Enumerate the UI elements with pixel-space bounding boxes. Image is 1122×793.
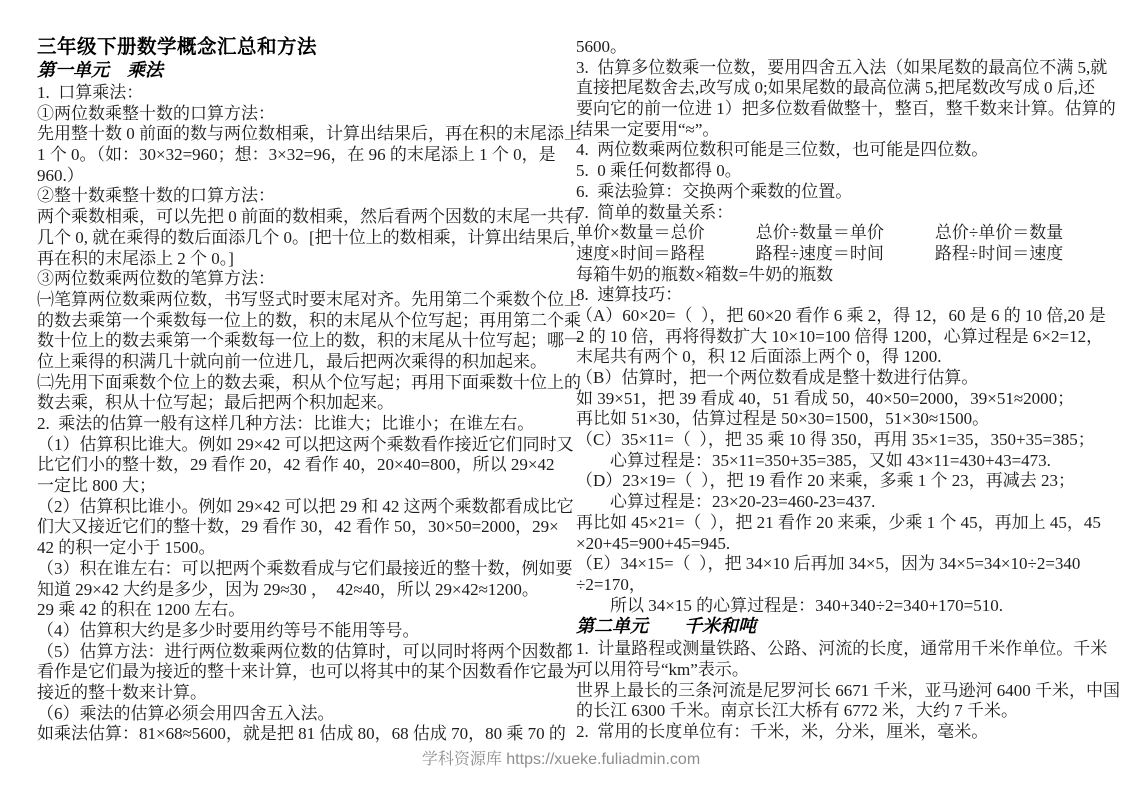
text-line: 1. 口算乘法： (37, 83, 557, 104)
text-line: （3）积在谁左右：可以把两个乘数看成与它们最接近的整十数，例如要 (37, 559, 557, 580)
text-line: 直接把尾数舍去,改写成 0;如果尾数的最高位满 5,把尾数改写成 0 后,还 (576, 78, 1096, 99)
text-line: （1）估算积比谁大。例如 29×42 可以把这两个乘数看作接近它们同时又 (37, 435, 557, 456)
text-line: 4. 两位数乘两位数积可能是三位数，也可能是四位数。 (576, 140, 1096, 161)
text-line: 42 的积一定小于 1500。 (37, 538, 557, 559)
right-column: 5600。3. 估算多位数乘一位数，要用四舍五入法（如果尾数的最高位不满 5,就… (576, 37, 1096, 743)
text-line: 5600。 (576, 37, 1096, 58)
section-heading: 第二单元 千米和吨 (576, 616, 1096, 639)
text-line: 如 39×51，把 39 看成 40，51 看成 50，40×50=2000，3… (576, 389, 1096, 410)
text-line: 再比如 45×21=（ ），把 21 看作 20 来乘，少乘 1 个 45，再加… (576, 513, 1096, 534)
text-line: 8. 速算技巧： (576, 285, 1096, 306)
text-line: 先用整十数 0 前面的数与两位数相乘，计算出结果后，再在积的末尾添上 (37, 124, 557, 145)
text-line: 要向它的前一位进 1）把多位数看做整十，整百，整千数来计算。估算的 (576, 99, 1096, 120)
text-line: 7. 简单的数量关系： (576, 203, 1096, 224)
text-line: 知道 29×42 大约是多少，因为 29≈30 ， 42≈40，所以 29×42… (37, 580, 557, 601)
text-line: 5. 0 乘任何数都得 0。 (576, 161, 1096, 182)
text-line: （B）估算时，把一个两位数看成是整十数进行估算。 (576, 368, 1096, 389)
text-line: 可以用符号“km”表示。 (576, 660, 1096, 681)
text-line: （4）估算积大约是多少时要用约等号不能用等号。 (37, 621, 557, 642)
text-line: 数十位上的数去乘第一个乘数每一位上的数，积的末尾从十位写起；哪一 (37, 331, 557, 352)
footer-watermark: 学科资源库 https://xueke.fuliadmin.com (0, 746, 1122, 769)
text-line: 心算过程是：23×20-23=460-23=437. (576, 492, 1096, 513)
text-line: 单价×数量＝总价 总价÷数量＝单价 总价÷单价＝数量 (576, 223, 1096, 244)
text-line: （C）35×11=（ ），把 35 乘 10 得 350，再用 35×1=35，… (576, 430, 1096, 451)
text-line: （D）23×19=（ ），把 19 看作 20 来乘，多乘 1 个 23，再减去… (576, 471, 1096, 492)
text-line: 末尾共有两个 0，积 12 后面添上两个 0，得 1200. (576, 347, 1096, 368)
text-line: 如乘法估算：81×68≈5600，就是把 81 估成 80，68 估成 70，8… (37, 724, 557, 745)
text-line: 数去乘，积从十位写起；最后把两个积加起来。 (37, 393, 557, 414)
text-line: 2. 乘法的估算一般有这样几种方法：比谁大；比谁小；在谁左右。 (37, 414, 557, 435)
text-line: ×20+45=900+45=945. (576, 534, 1096, 555)
text-line: 29 乘 42 的积在 1200 左右。 (37, 600, 557, 621)
text-line: 位上乘得的积满几十就向前一位进几，最后把两次乘得的积加起来。 (37, 352, 557, 373)
text-line: ÷2=170， (576, 575, 1096, 596)
text-line: （5）估算方法：进行两位数乘两位数的估算时，可以同时将两个因数都 (37, 642, 557, 663)
text-line: 3. 估算多位数乘一位数，要用四舍五入法（如果尾数的最高位不满 5,就 (576, 58, 1096, 79)
text-line: 再在积的末尾添上 2 个 0。] (37, 249, 557, 270)
text-line: 一定比 800 大； (37, 476, 557, 497)
text-line: 两个乘数相乘，可以先把 0 前面的数相乘，然后看两个因数的末尾一共有 (37, 207, 557, 228)
text-line: 2. 常用的长度单位有：千米，米，分米，厘米，毫米。 (576, 722, 1096, 743)
text-line: 6. 乘法验算：交换两个乘数的位置。 (576, 182, 1096, 203)
text-line: 2 的 10 倍，再将得数扩大 10×10=100 倍得 1200，心算过程是 … (576, 327, 1096, 348)
text-line: ②整十数乘整十数的口算方法： (37, 186, 557, 207)
left-column: 三年级下册数学概念汇总和方法第一单元 乘法1. 口算乘法：①两位数乘整十数的口算… (37, 37, 557, 745)
text-line: （2）估算积比谁小。例如 29×42 可以把 29 和 42 这两个乘数都看成比… (37, 497, 557, 518)
text-line: 们大又接近它们的整十数，29 看作 30，42 看作 50，30×50=2000… (37, 517, 557, 538)
text-line: 1. 计量路程或测量铁路、公路、河流的长度，通常用千米作单位。千米 (576, 639, 1096, 660)
text-line: ①两位数乘整十数的口算方法： (37, 104, 557, 125)
text-line: 接近的整十数来计算。 (37, 683, 557, 704)
text-line: 的长江 6300 千米。南京长江大桥有 6772 米，大约 7 千米。 (576, 701, 1096, 722)
text-line: ③两位数乘两位数的笔算方法： (37, 269, 557, 290)
text-line: 1 个 0。（如：30×32=960；想：3×32=96，在 96 的末尾添上 … (37, 145, 557, 166)
doc-title: 三年级下册数学概念汇总和方法 (37, 37, 557, 60)
text-line: 几个 0, 就在乘得的数后面添几个 0。[把十位上的数相乘，计算出结果后， (37, 228, 557, 249)
document-page: 三年级下册数学概念汇总和方法第一单元 乘法1. 口算乘法：①两位数乘整十数的口算… (0, 0, 1122, 793)
text-line: 再比如 51×30，估算过程是 50×30=1500，51×30≈1500。 (576, 409, 1096, 430)
text-line: 看作是它们最为接近的整十来计算，也可以将其中的某个因数看作它最为 (37, 662, 557, 683)
text-line: ㈠笔算两位数乘两位数，书写竖式时要末尾对齐。先用第二个乘数个位上 (37, 290, 557, 311)
text-line: 结果一定要用“≈”。 (576, 120, 1096, 141)
text-line: 世界上最长的三条河流是尼罗河长 6671 千米，亚马逊河 6400 千米，中国 (576, 681, 1096, 702)
text-line: 比它们小的整十数，29 看作 20，42 看作 40，20×40=800，所以 … (37, 455, 557, 476)
text-line: 速度×时间＝路程 路程÷速度＝时间 路程÷时间＝速度 (576, 244, 1096, 265)
text-line: ㈡先用下面乘数个位上的数去乘，积从个位写起；再用下面乘数十位上的 (37, 373, 557, 394)
section-heading: 第一单元 乘法 (37, 60, 557, 83)
text-line: 所以 34×15 的心算过程是：340+340÷2=340+170=510. (576, 596, 1096, 617)
text-line: 的数去乘第一个乘数每一位上的数，积的末尾从个位写起；再用第二个乘 (37, 311, 557, 332)
text-line: （A）60×20=（ ），把 60×20 看作 6 乘 2，得 12，60 是 … (576, 306, 1096, 327)
text-line: （E）34×15=（ ），把 34×10 后再加 34×5，因为 34×5=34… (576, 554, 1096, 575)
text-line: 每箱牛奶的瓶数×箱数=牛奶的瓶数 (576, 265, 1096, 286)
text-line: （6）乘法的估算必须会用四舍五入法。 (37, 704, 557, 725)
text-line: 心算过程是：35×11=350+35=385，又如 43×11=430+43=4… (576, 451, 1096, 472)
text-line: 960.） (37, 166, 557, 187)
